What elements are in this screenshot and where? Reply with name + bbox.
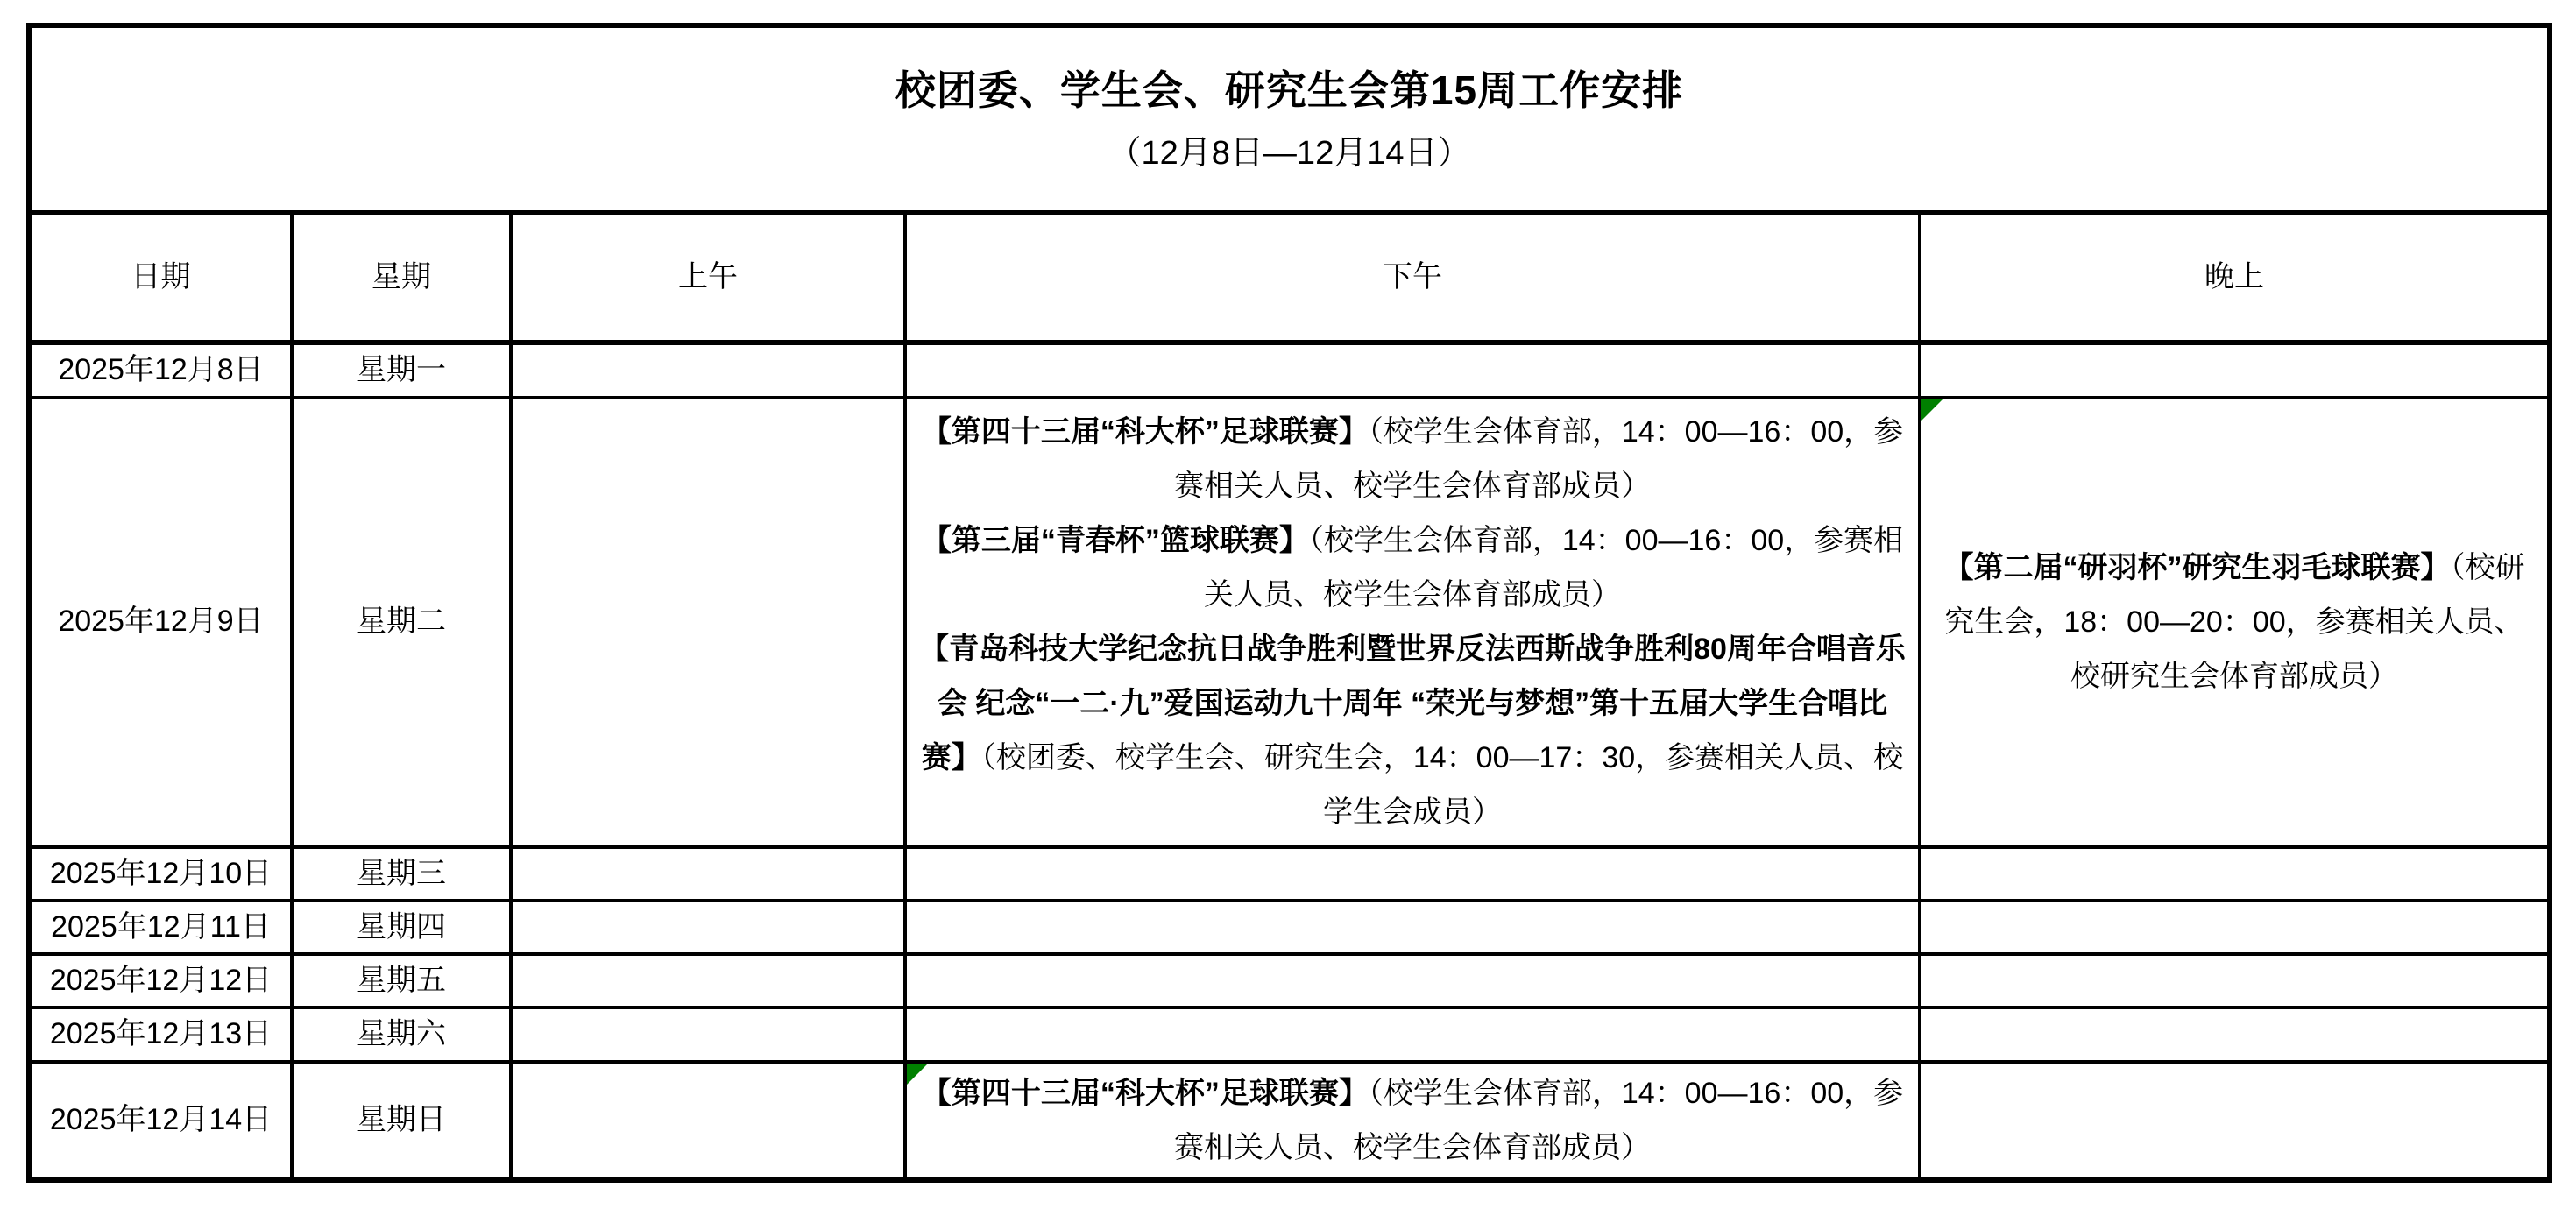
column-header-evening[interactable]: 晚上 <box>1920 213 2550 343</box>
week-cell[interactable]: 星期二 <box>292 398 511 847</box>
table-row: 2025年12月8日 星期一 <box>29 343 2550 398</box>
evening-cell[interactable] <box>1920 343 2550 398</box>
afternoon-cell[interactable] <box>905 1007 1920 1061</box>
column-header-morning[interactable]: 上午 <box>511 213 905 343</box>
date-cell[interactable]: 2025年12月10日 <box>29 847 292 901</box>
afternoon-cell[interactable] <box>905 847 1920 901</box>
date-cell[interactable]: 2025年12月9日 <box>29 398 292 847</box>
morning-cell[interactable] <box>511 847 905 901</box>
column-header-week[interactable]: 星期 <box>292 213 511 343</box>
cell-flag-icon <box>1921 399 1943 421</box>
week-cell[interactable]: 星期五 <box>292 954 511 1007</box>
week-cell[interactable]: 星期六 <box>292 1007 511 1061</box>
event: 【第三届“青春杯”篮球联赛】（校学生会体育部，14：00—16：00，参赛相关人… <box>916 513 1909 622</box>
event: 【第二届“研羽杯”研究生羽毛球联赛】（校研究生会，18：00—20：00，参赛相… <box>1930 541 2538 703</box>
event-details: （校团委、校学生会、研究生会，14：00—17：30，参赛相关人员、校学生会成员… <box>981 741 1903 829</box>
cell-flag-icon <box>907 1064 928 1085</box>
page-subtitle: （12月8日—12月14日） <box>32 131 2547 176</box>
date-cell[interactable]: 2025年12月8日 <box>29 343 292 398</box>
table-row: 2025年12月12日 星期五 <box>29 954 2550 1007</box>
week-cell[interactable]: 星期四 <box>292 901 511 954</box>
column-header-afternoon[interactable]: 下午 <box>905 213 1920 343</box>
date-cell[interactable]: 2025年12月12日 <box>29 954 292 1007</box>
afternoon-cell[interactable]: 【第四十三届“科大杯”足球联赛】（校学生会体育部，14：00—16：00，参赛相… <box>905 398 1920 847</box>
afternoon-cell[interactable] <box>905 901 1920 954</box>
event-title: 【第四十三届“科大杯”足球联赛】 <box>922 1077 1369 1110</box>
schedule-table: 校团委、学生会、研究生会第15周工作安排 （12月8日—12月14日） 日期 星… <box>26 23 2552 1183</box>
afternoon-cell[interactable] <box>905 343 1920 398</box>
table-row: 2025年12月13日 星期六 <box>29 1007 2550 1061</box>
morning-cell[interactable] <box>511 398 905 847</box>
date-cell[interactable]: 2025年12月13日 <box>29 1007 292 1061</box>
event-title: 【第二届“研羽杯”研究生羽毛球联赛】 <box>1944 551 2451 584</box>
date-cell[interactable]: 2025年12月11日 <box>29 901 292 954</box>
evening-cell[interactable] <box>1920 1007 2550 1061</box>
afternoon-cell[interactable] <box>905 954 1920 1007</box>
event-details: （校学生会体育部，14：00—16：00，参赛相关人员、校学生会体育部成员） <box>1204 524 1903 612</box>
week-cell[interactable]: 星期三 <box>292 847 511 901</box>
evening-cell[interactable] <box>1920 954 2550 1007</box>
morning-cell[interactable] <box>511 954 905 1007</box>
week-cell[interactable]: 星期一 <box>292 343 511 398</box>
afternoon-cell[interactable]: 【第四十三届“科大杯”足球联赛】（校学生会体育部，14：00—16：00，参赛相… <box>905 1062 1920 1181</box>
table-row: 2025年12月14日 星期日 【第四十三届“科大杯”足球联赛】（校学生会体育部… <box>29 1062 2550 1181</box>
date-cell[interactable]: 2025年12月14日 <box>29 1062 292 1181</box>
morning-cell[interactable] <box>511 343 905 398</box>
morning-cell[interactable] <box>511 1062 905 1181</box>
evening-cell[interactable] <box>1920 901 2550 954</box>
column-header-date[interactable]: 日期 <box>29 213 292 343</box>
event-title: 【第四十三届“科大杯”足球联赛】 <box>922 415 1369 449</box>
event: 【第四十三届“科大杯”足球联赛】（校学生会体育部，14：00—16：00，参赛相… <box>916 1066 1909 1175</box>
evening-cell[interactable] <box>1920 847 2550 901</box>
title-cell[interactable]: 校团委、学生会、研究生会第15周工作安排 （12月8日—12月14日） <box>29 25 2550 213</box>
event: 【第四十三届“科大杯”足球联赛】（校学生会体育部，14：00—16：00，参赛相… <box>916 405 1909 513</box>
table-row: 2025年12月10日 星期三 <box>29 847 2550 901</box>
evening-cell[interactable] <box>1920 1062 2550 1181</box>
event-title: 【第三届“青春杯”篮球联赛】 <box>922 524 1309 557</box>
morning-cell[interactable] <box>511 901 905 954</box>
table-row: 2025年12月11日 星期四 <box>29 901 2550 954</box>
table-row: 2025年12月9日 星期二 【第四十三届“科大杯”足球联赛】（校学生会体育部，… <box>29 398 2550 847</box>
page: { "header": { "title": "校团委、学生会、研究生会第15周… <box>0 0 2576 1209</box>
evening-cell[interactable]: 【第二届“研羽杯”研究生羽毛球联赛】（校研究生会，18：00—20：00，参赛相… <box>1920 398 2550 847</box>
event: 【青岛科技大学纪念抗日战争胜利暨世界反法西斯战争胜利80周年合唱音乐会 纪念“一… <box>916 622 1909 839</box>
schedule-sheet: 校团委、学生会、研究生会第15周工作安排 （12月8日—12月14日） 日期 星… <box>26 23 2547 1183</box>
page-title: 校团委、学生会、研究生会第15周工作安排 <box>32 63 2547 117</box>
morning-cell[interactable] <box>511 1007 905 1061</box>
week-cell[interactable]: 星期日 <box>292 1062 511 1181</box>
